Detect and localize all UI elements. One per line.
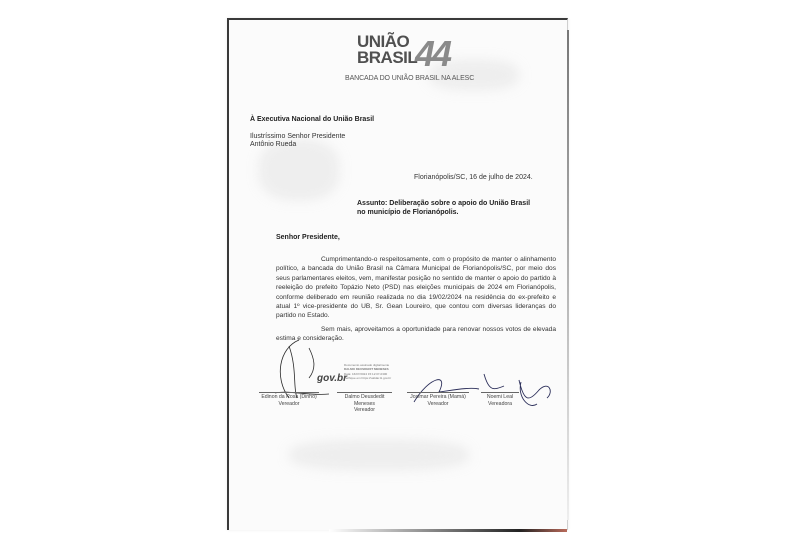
letterhead-subtitle: BANCADA DO UNIÃO BRASIL NA ALESC — [345, 75, 474, 82]
subject-line-2: no município de Florianópolis. — [357, 208, 459, 217]
logo-number: 44 — [415, 33, 449, 75]
signatory-role: Vereador — [259, 401, 319, 408]
signatory-role: Vereador — [337, 407, 392, 414]
stamp-line: Verifique em https://validar.iti.gov.br — [344, 376, 414, 380]
greeting: Senhor Presidente, — [276, 233, 340, 242]
place-date: Florianópolis/SC, 16 de julho de 2024. — [414, 173, 533, 182]
signatory-name: Edinon da Rosa (Dinho) — [259, 392, 319, 401]
letter-page: UNIÃO BRASIL 44 BANCADA DO UNIÃO BRASIL … — [227, 18, 568, 530]
salutation-line-2: Antônio Rueda — [250, 140, 296, 149]
uniao-brasil-logo: UNIÃO BRASIL 44 — [357, 34, 417, 66]
signatory-2: Dalmo Deusdedit Meneses Vereador — [337, 392, 392, 414]
signatory-name: Josimar Pereira (Mamá) — [407, 392, 469, 401]
recipient-heading: À Executiva Nacional do União Brasil — [250, 115, 374, 124]
signatory-1: Edinon da Rosa (Dinho) Vereador — [259, 392, 319, 407]
signatory-3: Josimar Pereira (Mamá) Vereador — [407, 392, 469, 407]
signatory-role: Vereadora — [481, 401, 519, 408]
signatory-role: Vereador — [407, 401, 469, 408]
govbr-logo: gov.br — [317, 373, 347, 384]
paper-edge — [329, 529, 567, 532]
body-paragraph-1: Cumprimentando-o respeitosamente, com o … — [276, 255, 556, 321]
logo-line-2: BRASIL — [357, 50, 417, 66]
signatory-4: Noemi Leal Vereadora — [481, 392, 519, 407]
subject-line-1: Assunto: Deliberação sobre o apoio do Un… — [357, 199, 530, 208]
signatory-name: Dalmo Deusdedit Meneses — [337, 392, 392, 407]
paper-edge — [567, 30, 569, 520]
signatory-name: Noemi Leal — [481, 392, 519, 401]
digital-signature-stamp: Documento assinado digitalmente DALMO DE… — [344, 363, 414, 381]
signature-scribble-edinon — [269, 338, 339, 400]
